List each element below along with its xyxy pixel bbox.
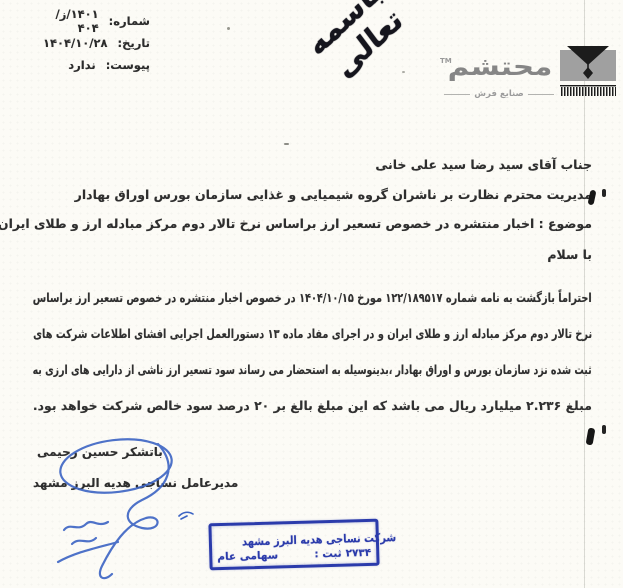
letter-attachment-row: پیوست: ندارد	[42, 54, 150, 76]
scan-artifact	[586, 428, 596, 446]
recipient-name: جناب آقای سید رضا سید علی خانی	[32, 150, 592, 180]
body-paragraph: احتراماً بازگشت به نامه شماره ۱۲۲/۱۸۹۵۱۷…	[33, 279, 592, 423]
subject-line: موضوع : اخبار منتشره در خصوص تسعیر ارز ب…	[32, 209, 592, 239]
scan-speck	[284, 143, 289, 145]
body-line-4: مبلغ ۲.۲۳۶ میلیارد ریال می باشد که این م…	[33, 387, 592, 423]
body-line-2: نرخ تالار دوم مرکز مبادله ارز و طلای ایر…	[33, 315, 592, 351]
subtitle-rule-left	[444, 94, 470, 95]
stamp-company-type: سهامی عام	[217, 549, 278, 563]
logo-subtitle: صنایع فرش	[474, 89, 523, 99]
field-value-number: ۱۴۰۱/ز/۴۰۴	[42, 7, 99, 35]
besmellah-calligraphy: باسمه تعالی	[242, 0, 423, 142]
field-label-date: تاریخ:	[118, 36, 150, 50]
field-label-attachment: پیوست:	[106, 58, 150, 72]
logo-name-text: محتشم	[439, 52, 562, 81]
body-line-text: نرخ تالار دوم مرکز مبادله ارز و طلای ایر…	[33, 316, 592, 352]
body-line-3: ثبت شده نزد سازمان بورس و اوراق بهادار ،…	[33, 351, 592, 387]
body-line-1: احتراماً بازگشت به نامه شماره ۱۲۲/۱۸۹۵۱۷…	[33, 279, 592, 315]
besmellah-text: باسمه تعالی	[257, 0, 409, 132]
field-value-attachment: ندارد	[42, 58, 96, 72]
company-stamp: شرکت نساجی هدیه البرز مشهد سهامی عام ثبت…	[208, 519, 379, 571]
body-line-text: احتراماً بازگشت به نامه شماره ۱۲۲/۱۸۹۵۱۷…	[33, 280, 592, 316]
letter-number-block: شماره: ۱۴۰۱/ز/۴۰۴ تاریخ: ۱۴۰۴/۱۰/۲۸ پیوس…	[42, 10, 150, 76]
stamp-registration: ثبت : ۲۷۳۴	[314, 546, 371, 560]
stamp-company-name: شرکت نساجی هدیه البرز مشهد	[242, 530, 397, 548]
body-line-text: مبلغ ۲.۲۳۶ میلیارد ریال می باشد که این م…	[33, 388, 592, 424]
scan-speck	[227, 27, 230, 30]
scanned-letter-page: شماره: ۱۴۰۱/ز/۴۰۴ تاریخ: ۱۴۰۴/۱۰/۲۸ پیوس…	[0, 0, 623, 588]
stamp-ink-mark	[178, 508, 196, 522]
subtitle-rule-right	[528, 94, 554, 95]
company-logo: TM محتشم صنایع فرش	[440, 44, 620, 104]
recipient-department: مدیریت محترم نظارت بر ناشران گروه شیمیای…	[32, 180, 592, 210]
scan-artifact	[602, 425, 606, 434]
logo-subtitle-row: صنایع فرش	[444, 89, 554, 99]
stamp-registration-number: ۲۷۳۴	[345, 546, 371, 559]
body-line-text: ثبت شده نزد سازمان بورس و اوراق بهادار ،…	[33, 352, 592, 388]
field-label-number: شماره:	[109, 14, 150, 28]
field-value-date: ۱۴۰۴/۱۰/۲۸	[42, 36, 108, 50]
handwritten-signature	[38, 426, 198, 588]
recipient-block: جناب آقای سید رضا سید علی خانی مدیریت مح…	[32, 150, 592, 239]
carpet-icon	[558, 45, 618, 99]
scan-artifact	[602, 189, 606, 197]
scan-speck	[402, 71, 405, 73]
letter-number-row: شماره: ۱۴۰۱/ز/۴۰۴	[42, 10, 150, 32]
letter-date-row: تاریخ: ۱۴۰۴/۱۰/۲۸	[42, 32, 150, 54]
salutation: با سلام	[547, 247, 592, 262]
stamp-registration-label: ثبت :	[314, 547, 342, 560]
